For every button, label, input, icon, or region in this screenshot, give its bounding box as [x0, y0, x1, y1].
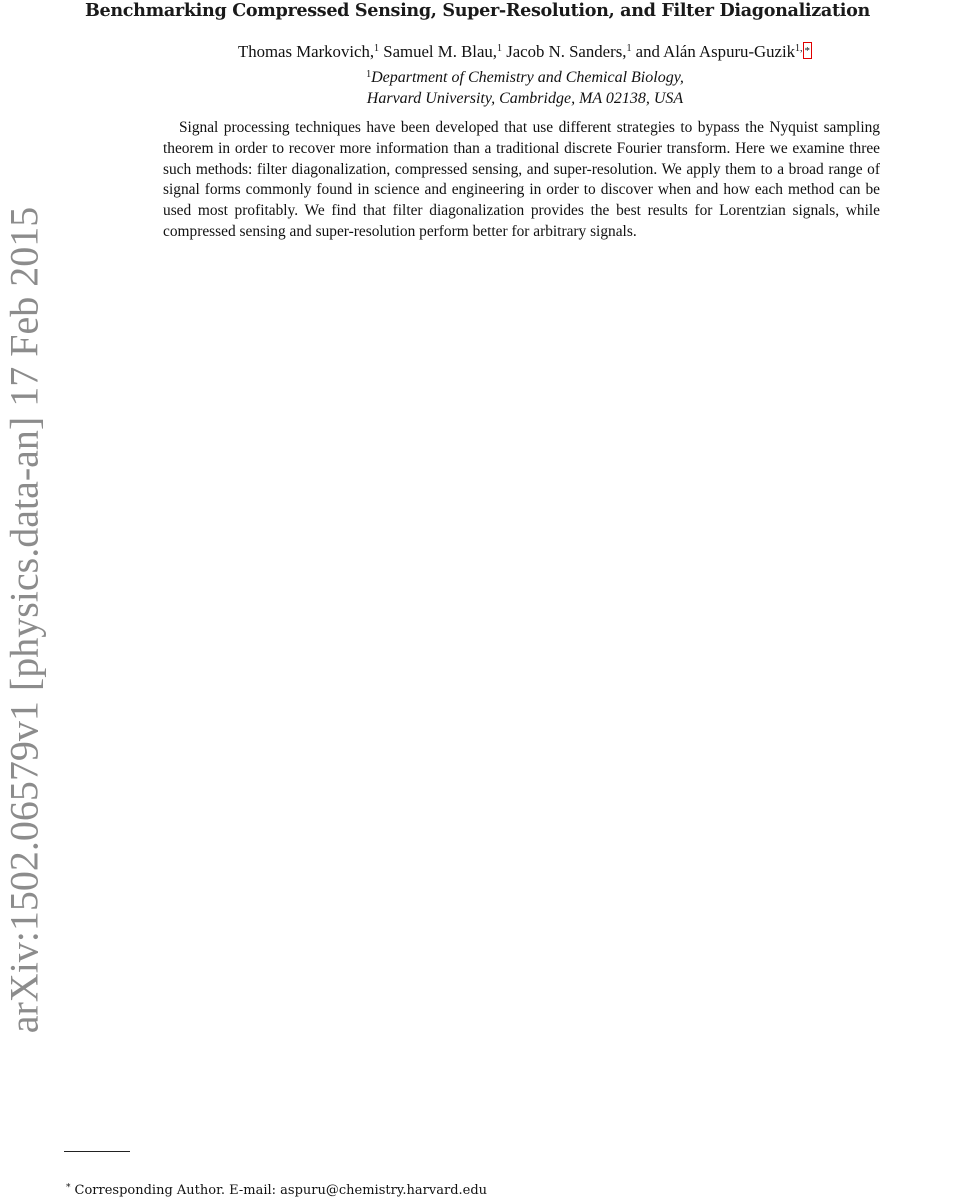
affiliation-mark: 1, — [795, 43, 803, 54]
arxiv-identifier-stamp: arXiv:1502.06579v1 [physics.data-an] 17 … — [1, 207, 48, 1034]
author-name: and Alán Aspuru-Guzik — [636, 42, 795, 61]
author-list: Thomas Markovich,1 Samuel M. Blau,1 Jaco… — [160, 42, 890, 62]
affiliation: 1Department of Chemistry and Chemical Bi… — [160, 67, 890, 109]
footnote-mark: * — [66, 1183, 71, 1193]
corresponding-author-footnote: *Corresponding Author. E-mail: aspuru@ch… — [66, 1182, 487, 1200]
footnote-divider — [64, 1151, 130, 1152]
affiliation-mark: 1 — [374, 43, 379, 54]
affiliation-mark: 1 — [626, 43, 631, 54]
author-name: Jacob N. Sanders, — [506, 42, 626, 61]
corresponding-author-footnote-link[interactable]: * — [803, 42, 813, 59]
affiliation-line-1: 1Department of Chemistry and Chemical Bi… — [160, 67, 890, 88]
author-name: Thomas Markovich, — [238, 42, 374, 61]
affiliation-line-2: Harvard University, Cambridge, MA 02138,… — [160, 88, 890, 109]
abstract: Signal processing techniques have been d… — [163, 118, 880, 243]
affiliation-mark: 1 — [497, 43, 502, 54]
paper-title: Benchmarking Compressed Sensing, Super-R… — [85, 0, 953, 22]
author-name: Samuel M. Blau, — [383, 42, 497, 61]
footnote-text: Corresponding Author. E-mail: aspuru@che… — [75, 1183, 488, 1198]
